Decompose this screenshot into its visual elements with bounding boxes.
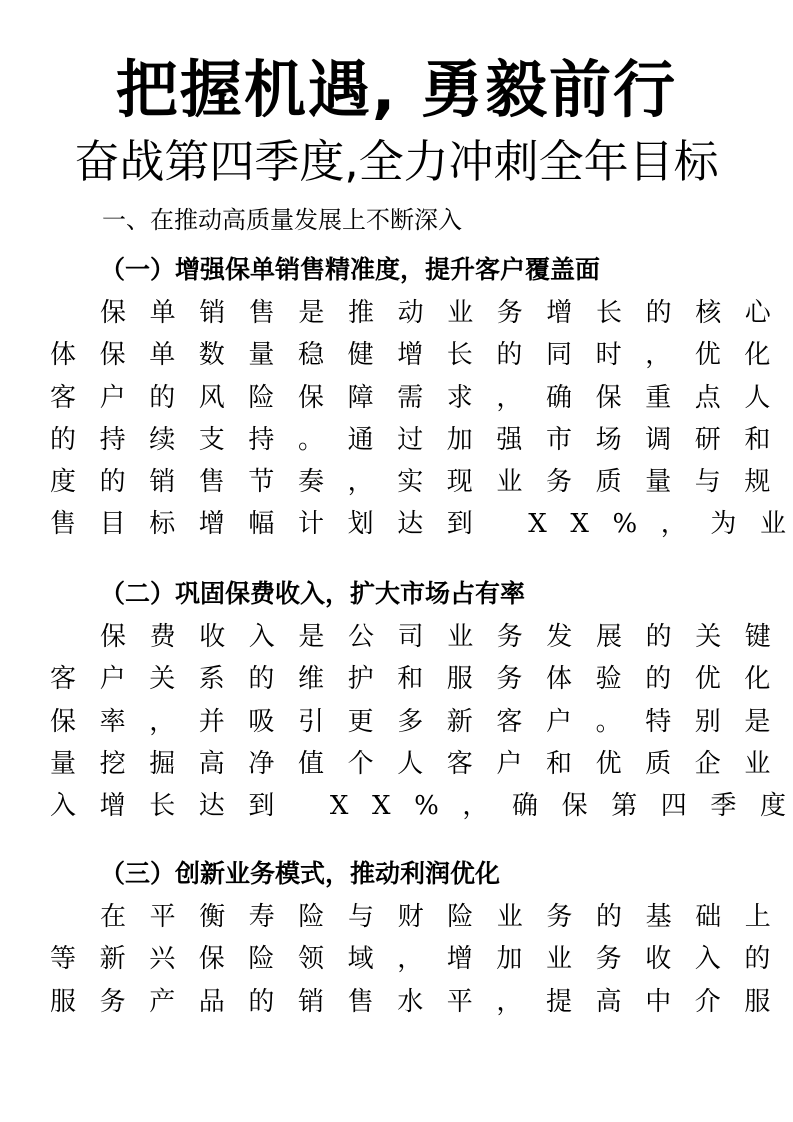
- paragraph-line: 保费收入是公司业务发展的关键基础。我们要通过加强: [50, 616, 750, 658]
- paragraph-line: 客户的风险保障需求，确保重点人群、重点企业和重要业务: [50, 377, 750, 419]
- document-title: 把握机遇, 勇毅前行: [0, 50, 793, 130]
- subsection-3-paragraph: 在平衡寿险与财险业务的基础上，拓展健康险、养老险 等新兴保险领域，增加业务收入的…: [50, 896, 750, 1023]
- paragraph-line: 客户关系的维护和服务体验的优化，不断增强现有客户的续: [50, 658, 750, 700]
- document-page: 把握机遇, 勇毅前行 奋战第四季度,全力冲刺全年目标 一、在推动高质量发展上不断…: [0, 0, 793, 1122]
- paragraph-line: 售目标增幅计划达到 XX%，为业务稳步发展奠定坚实基础。: [50, 503, 750, 545]
- section-heading-1: 一、在推动高质量发展上不断深入: [102, 200, 462, 240]
- subsection-heading-1: （一）增强保单销售精准度，提升客户覆盖面: [100, 249, 600, 291]
- paragraph-line: 保单销售是推动业务增长的核心动力。我们要在确保整: [50, 292, 750, 334]
- paragraph-line: 等新兴保险领域，增加业务收入的多元性。同时，提升附加: [50, 938, 750, 980]
- paragraph-line: 量挖掘高净值个人客户和优质企业客户的潜力，推动保费收: [50, 743, 750, 785]
- document-subtitle: 奋战第四季度,全力冲刺全年目标: [0, 132, 793, 192]
- paragraph-line: 保率，并吸引更多新客户。特别是在第三季度，需要集中力: [50, 701, 750, 743]
- subsection-heading-2: （二）巩固保费收入，扩大市场占有率: [100, 573, 525, 615]
- paragraph-line: 度的销售节奏，实现业务质量与规模同步提升。全年保单销: [50, 461, 750, 503]
- paragraph-line: 体保单数量稳健增长的同时，优化业务结构，满足各类优质: [50, 334, 750, 376]
- paragraph-line: 服务产品的销售水平，提高中介服务收入的占比。通过优化: [50, 981, 750, 1023]
- paragraph-line: 入增长达到 XX%，确保第四季度完成年度计划。: [50, 785, 750, 827]
- paragraph-line: 的持续支持。通过加强市场调研和业务分析，合理安排各季: [50, 419, 750, 461]
- subsection-2-paragraph: 保费收入是公司业务发展的关键基础。我们要通过加强 客户关系的维护和服务体验的优化…: [50, 616, 750, 827]
- paragraph-line: 在平衡寿险与财险业务的基础上，拓展健康险、养老险: [50, 896, 750, 938]
- subsection-heading-3: （三）创新业务模式，推动利润优化: [100, 853, 500, 895]
- subsection-1-paragraph: 保单销售是推动业务增长的核心动力。我们要在确保整 体保单数量稳健增长的同时，优化…: [50, 292, 750, 546]
